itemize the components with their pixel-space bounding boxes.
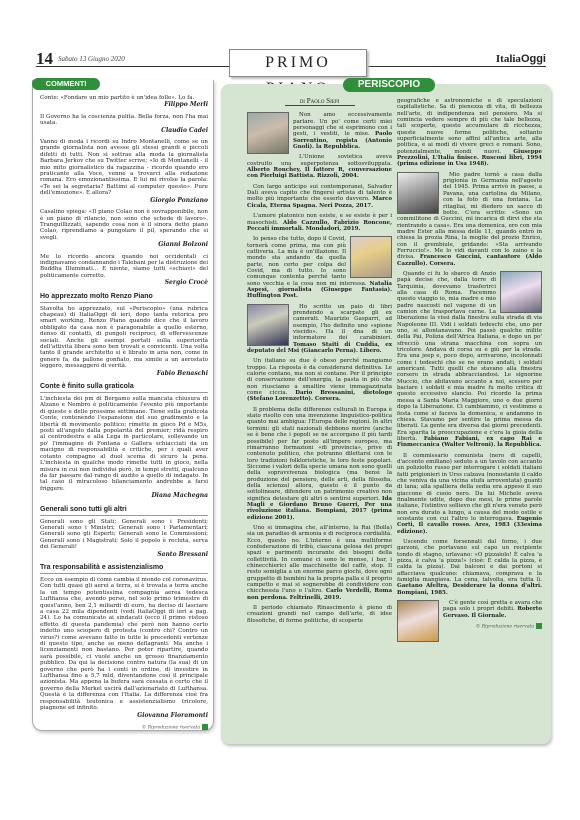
portrait-photo xyxy=(397,172,439,214)
quote: L'amore platonico non esiste, e se esist… xyxy=(247,213,392,232)
comment-text: Casalino spiega: «Il piano Colao non è s… xyxy=(40,209,208,241)
portrait-photo xyxy=(350,236,392,278)
article-author: Diana Mache­gna xyxy=(40,493,208,499)
quote: Il periodo chiamato Rinascimento è pieno… xyxy=(247,605,392,624)
comment-text: Me lo ricordo ancora quando noi occident… xyxy=(40,254,208,280)
quote: Non amo eccessivamente parlare. Un po' c… xyxy=(247,112,392,150)
article-title: Conte è finito sulla graticola xyxy=(40,382,208,393)
article-text: Generali sono gli Stati; Generali sono i… xyxy=(40,519,208,551)
quote-source: Fabiano Fabiani, ex capo Rai e Finmeccan… xyxy=(397,436,542,448)
portrait-photo xyxy=(247,304,289,346)
portrait-photo xyxy=(500,271,542,313)
article-author: Giovanna Fioramonti xyxy=(40,713,208,719)
quote: Io penso che tutto, dopo il Covid, torne… xyxy=(247,236,392,299)
quote-source: Francesco Guccini, cantautore (Aldo Cazz… xyxy=(397,254,542,266)
quote: Uscendo come forsennati dal forno, i due… xyxy=(397,539,542,596)
article-text: Stavolta ho apprezzato, sul «Periscopio»… xyxy=(40,306,208,370)
comment-author: Filippo Merli xyxy=(40,102,208,108)
quote: Ho scritto un paio di libri prendendo a … xyxy=(247,304,392,355)
quote: L'Unione sovietica aveva costruito una s… xyxy=(247,154,392,179)
quote-source: Gaetano Afeltra, Desiderare la donna d'a… xyxy=(397,583,542,595)
quote: Il commissario comunista (nero di capell… xyxy=(397,453,542,535)
comment-author: Sergio Crocè xyxy=(40,280,208,286)
end-square-icon xyxy=(202,724,208,730)
brand-italia: Italia xyxy=(496,53,521,65)
commenti-tab: COMMENTI xyxy=(32,78,100,90)
quote: Quando ci fu lo sbarco di Anzio papà dec… xyxy=(397,271,542,449)
quote: Con largo anticipo sui contemporanei, Sa… xyxy=(247,184,392,209)
comment-author: Gianni Bolzoni xyxy=(40,242,208,248)
periscopio-column-2: geografiche e astronomiche e di speculaz… xyxy=(397,98,542,644)
periscopio-tab: PERISCOPIO xyxy=(343,78,435,92)
article-text: L'inchiesta dei pm di Bergamo sulla manc… xyxy=(40,396,208,492)
section-title: PRIMO PIANO xyxy=(229,49,367,77)
brand-logo: ItaliaOggi xyxy=(496,53,546,65)
quote: Uno si immagina che, all'interno, la Rai… xyxy=(247,525,392,601)
portrait-photo xyxy=(397,600,439,642)
comment-text: Il Governo ha la coscienza pulita. Bella… xyxy=(40,114,208,127)
quote: Un italiano su due è obeso perché mangia… xyxy=(247,358,392,402)
brand-oggi: Oggi xyxy=(521,53,546,65)
byline: di Paolo Siepi xyxy=(285,98,355,106)
comment-text: Vanno di moda i ricordi su Indro Montane… xyxy=(40,139,208,197)
quote-source: Alberto Ronchey, Il fattore R, conversaz… xyxy=(247,167,392,179)
page-header: 14 Sabato 13 Giugno 2020 PRIMO PIANO Ita… xyxy=(36,47,546,67)
end-square-icon xyxy=(536,623,542,629)
copyright-note: © Riproduzione riservata xyxy=(40,724,208,732)
periscopio-column-1: di Paolo Siepi Non amo eccessivamente pa… xyxy=(247,98,392,628)
quote: geografiche e astronomiche e di speculaz… xyxy=(397,98,542,168)
article-title: Tra responsabilità e assistenzialismo xyxy=(40,563,208,574)
portrait-photo xyxy=(247,112,289,154)
quote: Mio padre tornò a casa dalla prigionia i… xyxy=(397,172,542,267)
article-author: Santo Bressani xyxy=(40,552,208,558)
commenti-content: Conte: «Fondare un mio partito è un'idea… xyxy=(40,95,208,732)
issue-date: Sabato 13 Giugno 2020 xyxy=(58,55,125,63)
quote: Il problema delle differenze culturali i… xyxy=(247,407,392,521)
article-text: Ecco un esempio di come cambia il mondo … xyxy=(40,577,208,712)
quote: C'è gente così gretta e avara che paga s… xyxy=(397,600,542,619)
article-author: Fabio Benaschi xyxy=(40,371,208,377)
comment-author: Giorgio Ponziano xyxy=(40,198,208,204)
article-title: Generali sono tutti gli altri xyxy=(40,505,208,516)
article-title: Ho apprezzato molto Renzo Piano xyxy=(40,292,208,303)
comment-author: Claudio Cadei xyxy=(40,128,208,134)
